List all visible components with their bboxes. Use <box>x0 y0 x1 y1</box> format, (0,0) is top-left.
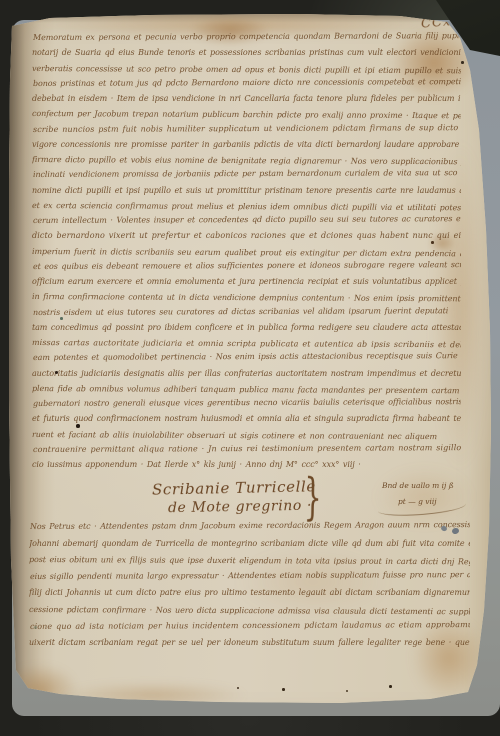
ink-blot <box>60 317 63 320</box>
manuscript-text-line: inclinati vendicionem promissa de jorban… <box>33 165 461 182</box>
manuscript-text-line: Johanni abemarij quondam de Turricella d… <box>29 536 470 553</box>
manuscript-text-line: Memoratum ex persona et pecunia verbo pr… <box>33 30 461 45</box>
spine-marginalia <box>2 638 6 700</box>
margin-note-line-1: Bnd de uallo m ij ß <box>382 481 454 490</box>
manuscript-text-line: dicto bernardono vixerit ut prefertur et… <box>32 228 461 243</box>
manuscript-text-line: uixerit dictam scribaniam regat per se u… <box>29 635 470 652</box>
ink-blot <box>461 61 464 64</box>
rubric-line-1: Scribanie Turricelle <box>152 477 316 498</box>
manuscript-text-line: bonos pristinas et totum jus qd pdcto Be… <box>33 74 461 91</box>
ink-blot <box>282 688 285 691</box>
manuscript-text-line: contrauenire permittant aliqua ratione ·… <box>33 440 461 457</box>
manuscript-text-line: cione quo ad ista noticiam per huius inc… <box>30 617 470 636</box>
ink-blot <box>34 626 37 629</box>
manuscript-text-line: cio iussimus apponendum · Dat Ilerde x° … <box>32 457 461 472</box>
manuscript-text-line: eam potentes et quomodolibet pertinencia… <box>33 348 461 365</box>
manuscript-text-line: et futuris quod confirmacionem nostram h… <box>32 411 461 426</box>
manuscript-text-line: et eos quibus eis debeant remouere et al… <box>33 257 461 274</box>
ink-blot <box>76 424 80 428</box>
photo-background: CCxlj Memoratum ex persona et pecunia ve… <box>0 0 500 736</box>
ink-blot <box>389 685 392 688</box>
manuscript-text-line: notarij de Suaria qd eius Bunde tenoris … <box>32 45 461 60</box>
text-block-main: Memoratum ex persona et pecunia verbo pr… <box>32 30 461 474</box>
manuscript-text-line: gubernatori nostro generali eiusque vice… <box>33 394 461 411</box>
rubric-line-2: de Mote gregrino · <box>168 498 312 517</box>
ink-blot <box>237 687 239 689</box>
text-block-lower: Nos Petrus etc · Attendentes pstam dnm J… <box>29 519 470 655</box>
manuscript-text-line: nomine dicti pupilli et ipsi pupillo et … <box>32 183 461 198</box>
manuscript-text-line: scribe nuncios pstm fuit nobis humiliter… <box>33 120 461 137</box>
manuscript-text-line: vigore concessionis nre promisse pariter… <box>32 137 461 152</box>
manuscript-text-line: eius sigillo pendenti munita largo expre… <box>30 567 470 586</box>
manuscript-text-line: debebat in eisdem · Item de ipsa vendici… <box>32 91 461 106</box>
ink-blot <box>431 241 434 244</box>
ink-blot <box>346 690 348 692</box>
manuscript-text-line: tam concedimus qd possint pro ibidem con… <box>32 320 461 335</box>
ink-blot <box>55 371 58 374</box>
manuscript-text-line: auctoritatis judiciariis designatis alii… <box>32 366 461 381</box>
manuscript-text-line: officium earum exercere et omnia emolume… <box>32 274 461 289</box>
manuscript-text-line: Nos Petrus etc · Attendentes pstam dnm J… <box>30 519 470 536</box>
manuscript-text-line: filij dicti Johannis ut cum dicto patre … <box>29 585 470 602</box>
manuscript-text-line: cerum intellectum · Volentes insuper et … <box>33 211 461 228</box>
manuscript-page: CCxlj Memoratum ex persona et pecunia ve… <box>0 0 500 736</box>
manuscript-text-line: nostris eisdem ut eius tutores seu curat… <box>33 303 461 320</box>
